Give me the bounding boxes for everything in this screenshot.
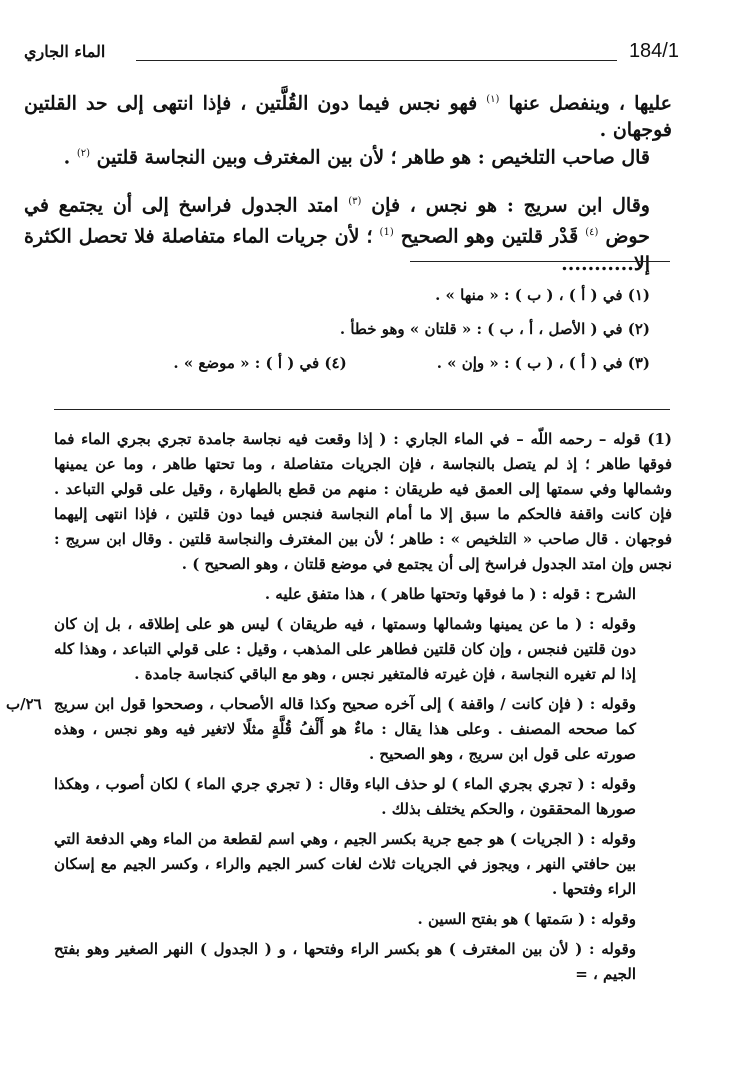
text: قَدْر قلتين وهو الصحيح [401,226,578,248]
footnote-separator [410,261,670,262]
commentary-para-4: ٢٦/ب وقوله : ( فإن كانت / واقفة ) إلى آخ… [54,692,672,767]
commentary-para-6: وقوله : ( الجريات ) هو جمع جرية بكسر الج… [54,827,672,902]
commentary-para-8: وقوله : ( لأن بين المغترف ) هو بكسر الرا… [54,937,672,987]
text: عليها ، وينفصل عنها [509,92,672,114]
footnote-ref: (٤) [585,227,598,238]
main-line-1: عليها ، وينفصل عنها (١) فهو نجس فيما دون… [24,86,672,144]
text: . [64,146,71,168]
footnote-ref: (٢) [77,148,90,159]
commentary-para-5: وقوله : ( تجري بجري الماء ) لو حذف الباء… [54,772,672,822]
page-number: 184/1 [629,40,679,63]
variant-notes: (١) في ( أ ) ، ( ب ) : « منها » . (٢) في… [140,278,650,380]
paragraph: وقال ابن سريج : هو نجس ، فإن (٣) امتد ال… [24,188,672,278]
footnote-ref: (1) [380,227,394,238]
page-header: 184/1 الماء الجاري [24,40,679,70]
variant-note-3: (٣) في ( أ ) ، ( ب ) : « وإن » . [437,346,650,380]
main-text-para-2: قال صاحب التلخيص : هو طاهر ؛ لأن بين الم… [24,140,672,171]
header-rule [136,60,617,61]
main-text-para-3: وقال ابن سريج : هو نجس ، فإن (٣) امتد ال… [24,188,672,278]
commentary: (1) قوله – رحمه اللّه – في الماء الجاري … [54,427,672,992]
running-title: الماء الجاري [24,42,105,61]
text: وقال ابن سريج : هو نجس ، فإن [371,194,650,216]
text: وقوله : ( فإن كانت / واقفة ) إلى آخره صح… [54,695,636,763]
commentary-para-7: وقوله : ( سَمتها ) هو بفتح السين . [54,907,672,932]
manuscript-folio-marker: ٢٦/ب [6,692,42,717]
variant-note-4: (٤) في ( أ ) : « موضع » . [173,346,346,380]
commentary-para-2: الشرح : قوله : ( ما فوقها وتحتها طاهر ) … [54,582,672,607]
footnote-ref: (١) [486,94,499,105]
commentary-para-1: (1) قوله – رحمه اللّه – في الماء الجاري … [54,427,672,577]
variant-note-1: (١) في ( أ ) ، ( ب ) : « منها » . [140,278,650,312]
variant-note-2: (٢) في ( الأصل ، أ ، ب ) : « قلتان » وهو… [140,312,650,346]
commentary-separator [54,409,670,410]
variant-row: (٣) في ( أ ) ، ( ب ) : « وإن » . (٤) في … [140,346,650,380]
main-text: عليها ، وينفصل عنها (١) فهو نجس فيما دون… [24,86,672,144]
footnote-ref: (٣) [348,196,361,207]
text: قال صاحب التلخيص : هو طاهر ؛ لأن بين الم… [97,146,650,168]
paragraph: قال صاحب التلخيص : هو طاهر ؛ لأن بين الم… [24,140,672,171]
book-page: 184/1 الماء الجاري عليها ، وينفصل عنها (… [0,0,741,1071]
commentary-para-3: وقوله : ( ما عن يمينها وشمالها وسمتها ، … [54,612,672,687]
